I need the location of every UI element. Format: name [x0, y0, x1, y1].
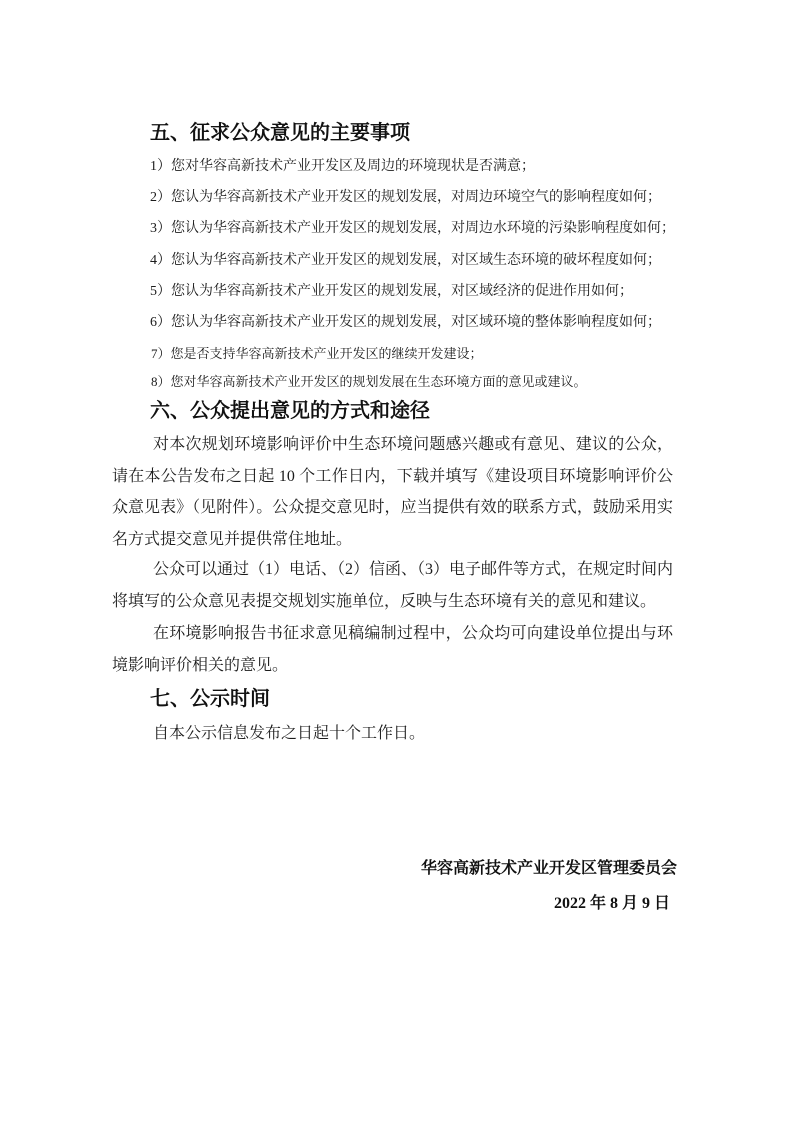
survey-item-list-small: 7）您是否支持华容高新技术产业开发区的继续开发建设； 8）您对华容高新技术产业开…: [151, 340, 587, 396]
publicity-period-text: 自本公示信息发布之日起十个工作日。: [112, 718, 673, 750]
survey-item-1: 1）您对华容高新技术产业开发区及周边的环境现状是否满意；: [150, 151, 675, 182]
survey-item-7: 7）您是否支持华容高新技术产业开发区的继续开发建设；: [151, 340, 587, 368]
survey-item-4: 4）您认为华容高新技术产业开发区的规划发展，对区域生态环境的破坏程度如何；: [150, 245, 675, 276]
heading-section-6: 六、公众提出意见的方式和途径: [150, 396, 430, 426]
paragraph-submission-channels: 公众可以通过（1）电话、（2）信函、（3）电子邮件等方式，在规定时间内将填写的公…: [112, 554, 673, 617]
heading-section-5: 五、征求公众意见的主要事项: [150, 118, 410, 148]
survey-item-6: 6）您认为华容高新技术产业开发区的规划发展，对区域环境的整体影响程度如何；: [150, 307, 675, 338]
survey-item-2: 2）您认为华容高新技术产业开发区的规划发展，对周边环境空气的影响程度如何；: [150, 182, 675, 213]
survey-item-3: 3）您认为华容高新技术产业开发区的规划发展，对周边水环境的污染影响程度如何；: [150, 213, 675, 244]
signature-organization: 华容高新技术产业开发区管理委员会: [112, 858, 677, 880]
paragraph-drafting-period-note: 在环境影响报告书征求意见稿编制过程中，公众均可向建设单位提出与环境影响评价相关的…: [112, 618, 673, 681]
paragraph-feedback-instructions: 对本次规划环境影响评价中生态环境问题感兴趣或有意见、建议的公众，请在本公告发布之…: [112, 429, 673, 556]
heading-section-7: 七、公示时间: [150, 684, 270, 714]
document-page: 五、征求公众意见的主要事项 1）您对华容高新技术产业开发区及周边的环境现状是否满…: [0, 0, 793, 1122]
signature-date: 2022 年 8 月 9 日: [112, 893, 670, 915]
survey-item-8: 8）您对华容高新技术产业开发区的规划发展在生态环境方面的意见或建议。: [151, 368, 587, 396]
survey-item-list: 1）您对华容高新技术产业开发区及周边的环境现状是否满意； 2）您认为华容高新技术…: [150, 151, 675, 338]
survey-item-5: 5）您认为华容高新技术产业开发区的规划发展，对区域经济的促进作用如何；: [150, 276, 675, 307]
